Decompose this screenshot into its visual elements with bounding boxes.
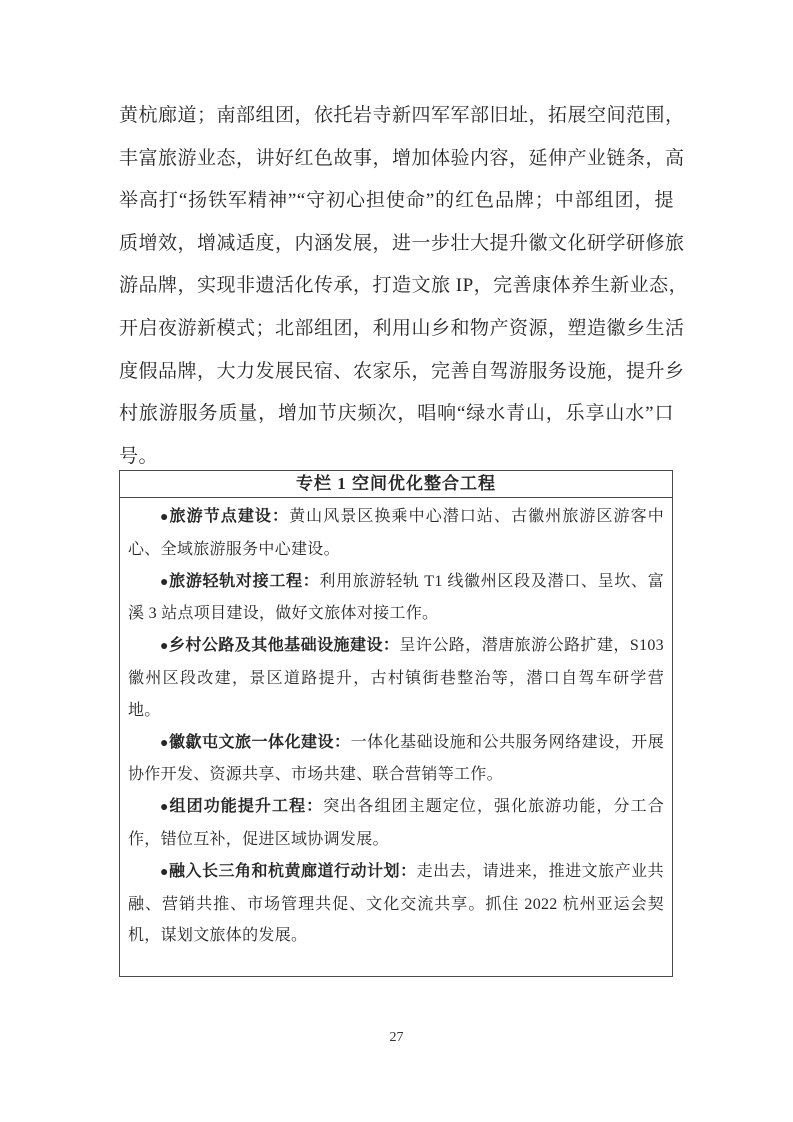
body-text-line: 质增效，增减适度，内涵发展，进一步壮大提升徽文化研学研修旅 (119, 223, 674, 266)
feature-box-item-label: 乡村公路及其他基础设施建设： (169, 637, 399, 654)
feature-box-item-label: 旅游轻轨对接工程： (169, 573, 319, 590)
feature-box-title: 专栏 1 空间优化整合工程 (120, 471, 672, 498)
feature-box-item-label: 组团功能提升工程： (170, 798, 324, 815)
feature-box-item: ●组团功能提升工程：突出各组团主题定位，强化旅游功能，分工合作，错位互补，促进区… (128, 791, 664, 856)
page-number: 27 (0, 1030, 793, 1046)
feature-box-item: ●乡村公路及其他基础设施建设：呈许公路，潜唐旅游公路扩建，S103 徽州区段改建… (128, 630, 664, 726)
body-text-line: 度假品牌，大力发展民宿、农家乐，完善自驾游服务设施，提升乡 (119, 351, 674, 394)
body-text-line: 游品牌，实现非遗活化传承，打造文旅 IP，完善康体养生新业态， (119, 265, 674, 308)
feature-box-body: ●旅游节点建设：黄山风景区换乘中心潜口站、古徽州旅游区游客中心、全域旅游服务中心… (120, 498, 672, 976)
body-text-line: 黄杭廊道；南部组团，依托岩寺新四军军部旧址，拓展空间范围， (119, 95, 674, 138)
bullet-icon: ● (160, 736, 169, 751)
feature-box-item: ●旅游节点建设：黄山风景区换乘中心潜口站、古徽州旅游区游客中心、全域旅游服务中心… (128, 501, 664, 566)
bullet-icon: ● (160, 865, 169, 880)
body-paragraph: 黄杭廊道；南部组团，依托岩寺新四军军部旧址，拓展空间范围， 丰富旅游业态，讲好红… (119, 95, 674, 478)
feature-box-item: ●融入长三角和杭黄廊道行动计划：走出去，请进来，推进文旅产业共融、营销共推、市场… (128, 856, 664, 952)
document-page: 黄杭廊道；南部组团，依托岩寺新四军军部旧址，拓展空间范围， 丰富旅游业态，讲好红… (0, 0, 793, 1122)
feature-box-item-label: 融入长三角和杭黄廊道行动计划： (169, 863, 417, 880)
bullet-icon: ● (160, 800, 170, 815)
feature-box: 专栏 1 空间优化整合工程 ●旅游节点建设：黄山风景区换乘中心潜口站、古徽州旅游… (119, 470, 673, 977)
feature-box-item-label: 徽歙屯文旅一体化建设： (169, 734, 351, 751)
feature-box-item-label: 旅游节点建设： (170, 508, 290, 525)
bullet-icon: ● (160, 575, 169, 590)
body-text-line: 开启夜游新模式；北部组团，利用山乡和物产资源，塑造徽乡生活 (119, 308, 674, 351)
body-text-line: 村旅游服务质量，增加节庆频次，唱响“绿水青山，乐享山水”口 (119, 393, 674, 436)
body-text-line: 丰富旅游业态，讲好红色故事，增加体验内容，延伸产业链条，高 (119, 138, 674, 181)
feature-box-item: ●旅游轻轨对接工程：利用旅游轻轨 T1 线徽州区段及潜口、呈坎、富溪 3 站点项… (128, 566, 664, 631)
body-text-line: 举高打“扬铁军精神”“守初心担使命”的红色品牌；中部组团，提 (119, 180, 674, 223)
bullet-icon: ● (160, 639, 169, 654)
bullet-icon: ● (160, 510, 170, 525)
feature-box-item: ●徽歙屯文旅一体化建设：一体化基础设施和公共服务网络建设，开展协作开发、资源共享… (128, 727, 664, 792)
